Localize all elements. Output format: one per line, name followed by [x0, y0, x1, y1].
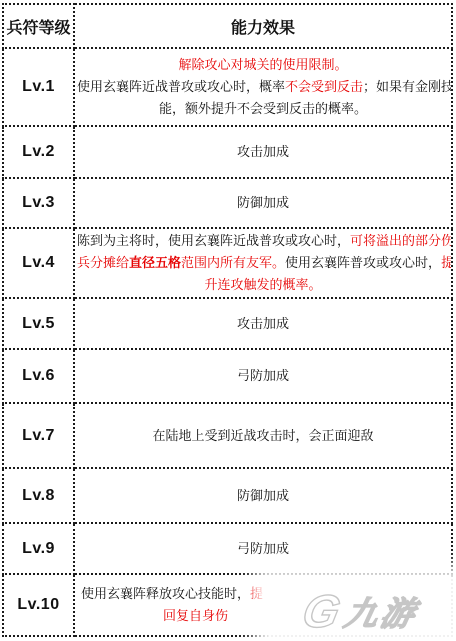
effect-text: 攻击加成 [237, 144, 289, 159]
effect-line: 在陆地上受到近战攻击时，会正面迎敌 [77, 425, 449, 447]
effect-text-highlight: 解除攻心对城关的使用限制。 [178, 57, 347, 72]
effect-text-highlight: 不会受到反击 [285, 79, 363, 94]
level-cell: Lv.7 [3, 403, 74, 468]
level-cell: Lv.2 [3, 126, 74, 178]
effect-line: 弓防加成 [77, 365, 449, 387]
effect-line: 兵分摊给直径五格范围内所有友军。使用玄襄阵普攻或攻心时，提 [77, 252, 449, 274]
table-header-row: 兵符等级 能力效果 [3, 4, 452, 48]
table-row: Lv.6 弓防加成 [3, 349, 452, 403]
effect-line: 能，额外提升不会受到反击的概率。 [77, 98, 449, 120]
effect-text-highlight: 范围内所有友军。 [181, 255, 285, 270]
effect-line: 攻击加成 [77, 141, 449, 163]
table-row: Lv.4 陈到为主将时，使用玄襄阵近战普攻或攻心时，可将溢出的部分伤兵分摊给直径… [3, 228, 452, 298]
effect-text: 使用玄襄阵近战普攻或攻心时，概率 [77, 79, 285, 94]
level-cell: Lv.6 [3, 349, 74, 403]
effect-cell: 在陆地上受到近战攻击时，会正面迎敌 [74, 403, 452, 468]
guide-table-wrapper: 兵符等级 能力效果 Lv.1 解除攻心对城关的使用限制。使用玄襄阵近战普攻或攻心… [2, 3, 453, 637]
svg-text:G: G [298, 585, 345, 636]
effect-text: 陈到为主将时，使用玄襄阵近战普攻或攻心时， [77, 233, 350, 248]
effect-text-highlight: 回复自身伤 [163, 608, 228, 623]
effect-line: 陈到为主将时，使用玄襄阵近战普攻或攻心时，可将溢出的部分伤 [77, 230, 449, 252]
effect-cell: 弓防加成 [74, 523, 452, 574]
effect-text: 防御加成 [237, 195, 289, 210]
table-row: Lv.1 解除攻心对城关的使用限制。使用玄襄阵近战普攻或攻心时，概率不会受到反击… [3, 48, 452, 126]
effect-text: 使用玄襄阵普攻或攻心时， [285, 255, 441, 270]
effect-text-highlight: 提 [441, 255, 452, 270]
effect-line: 防御加成 [77, 485, 449, 507]
level-cell: Lv.3 [3, 178, 74, 228]
effect-text-highlight: 兵分摊给 [77, 255, 129, 270]
table-row: Lv.8 防御加成 [3, 468, 452, 523]
effect-line: 弓防加成 [77, 538, 449, 560]
column-header-effect: 能力效果 [74, 4, 452, 48]
effect-line: 攻击加成 [77, 313, 449, 335]
effect-line: 使用玄襄阵近战普攻或攻心时，概率不会受到反击；如果有金刚技 [77, 76, 449, 98]
effect-text: 防御加成 [237, 488, 289, 503]
effect-cell: 攻击加成 [74, 298, 452, 349]
effect-text: 攻击加成 [237, 316, 289, 331]
effect-cell: 防御加成 [74, 468, 452, 523]
effect-cell: 弓防加成 [74, 349, 452, 403]
effect-text: 弓防加成 [237, 368, 289, 383]
table-row: Lv.7 在陆地上受到近战攻击时，会正面迎敌 [3, 403, 452, 468]
9game-logo-icon: G 九游 [278, 581, 454, 639]
effect-text-highlight: 直径五格 [129, 255, 181, 270]
talisman-level-table: 兵符等级 能力效果 Lv.1 解除攻心对城关的使用限制。使用玄襄阵近战普攻或攻心… [2, 3, 453, 637]
effect-text: 能，额外提升不会受到反击的概率。 [159, 101, 367, 116]
effect-text: 弓防加成 [237, 541, 289, 556]
column-header-level: 兵符等级 [3, 4, 74, 48]
effect-text-highlight: 提 [250, 586, 263, 601]
effect-cell: 陈到为主将时，使用玄襄阵近战普攻或攻心时，可将溢出的部分伤兵分摊给直径五格范围内… [74, 228, 452, 298]
level-cell: Lv.5 [3, 298, 74, 349]
effect-line: 防御加成 [77, 192, 449, 214]
table-row: Lv.5 攻击加成 [3, 298, 452, 349]
level-cell: Lv.4 [3, 228, 74, 298]
effect-line: 解除攻心对城关的使用限制。 [77, 54, 449, 76]
level-cell: Lv.1 [3, 48, 74, 126]
table-row: Lv.3 防御加成 [3, 178, 452, 228]
effect-cell: 防御加成 [74, 178, 452, 228]
level-cell: Lv.8 [3, 468, 74, 523]
effect-text: ；如果有金刚技 [363, 79, 452, 94]
effect-text: 使用玄襄阵释放攻心技能时， [81, 586, 250, 601]
effect-cell: 解除攻心对城关的使用限制。使用玄襄阵近战普攻或攻心时，概率不会受到反击；如果有金… [74, 48, 452, 126]
svg-text:九游: 九游 [341, 596, 423, 633]
table-row: Lv.9 弓防加成 [3, 523, 452, 574]
effect-text-highlight: 升连攻触发的概率。 [204, 277, 321, 292]
effect-cell: 攻击加成 [74, 126, 452, 178]
effect-text: 在陆地上受到近战攻击时，会正面迎敌 [152, 428, 373, 443]
effect-text-highlight: 可将溢出的部分伤 [350, 233, 452, 248]
level-cell: Lv.9 [3, 523, 74, 574]
effect-line: 升连攻触发的概率。 [77, 274, 449, 296]
9game-watermark: G 九游 [268, 579, 456, 641]
level-cell: Lv.10 [3, 574, 74, 636]
table-row: Lv.2 攻击加成 [3, 126, 452, 178]
